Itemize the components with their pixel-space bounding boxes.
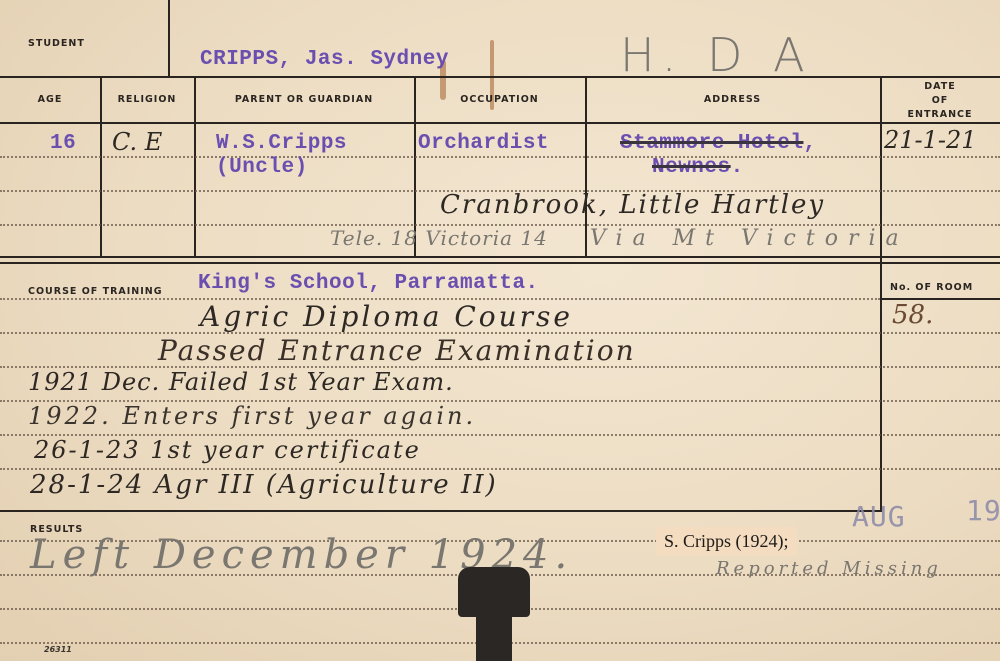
course-line: Passed Entrance Examination [158,334,636,367]
room-label: No. OF ROOM [890,282,973,293]
age-label: AGE [0,94,100,105]
address-line-1: Stammore Hotel, [620,132,817,155]
course-line: 1921 Dec. Failed 1st Year Exam. [28,368,454,396]
label-line: OF [880,94,1000,108]
address-suffix: , [803,132,816,155]
student-record-card: STUDENT CRIPPS, Jas. Sydney H. D A AGE R… [0,0,1000,661]
rule [0,510,880,512]
rule [168,0,170,76]
course-line: Agric Diploma Course [200,300,573,333]
rule [0,262,1000,264]
header-mark: H. D A [620,28,813,82]
address-suffix: . [731,156,744,179]
rule [0,122,1000,124]
card-punch-hole [476,610,512,661]
date-of-entrance-value: 21-1-21 [884,126,977,154]
date-of-entrance-label: DATE OF ENTRANCE [880,80,1000,122]
date-stamp-year: 19 [966,494,1000,527]
label-line: DATE [880,80,1000,94]
course-line: 1922. Enters first year again. [28,402,476,430]
dotted-rule [0,156,1000,158]
address-handwritten: Cranbrook, Little Hartley [440,190,825,220]
course-line: 26-1-23 1st year certificate [34,436,421,464]
course-label: COURSE OF TRAINING [28,286,163,297]
parent-value: W.S.Cripps [216,132,347,155]
struck-address: Newnes [652,156,731,179]
age-value: 16 [50,132,76,155]
label-line: ENTRANCE [880,108,1000,122]
struck-address: Stammore Hotel [620,132,803,155]
results-note: Reported Missing [716,558,942,579]
newspaper-clipping: S. Cripps (1924); [656,527,797,556]
rule [0,76,1000,78]
occupation-value: Orchardist [418,132,549,155]
parent-label: PARENT OR GUARDIAN [194,94,414,105]
course-school: King's School, Parramatta. [198,272,539,295]
address-line-2: Newnes. [652,156,744,179]
occupation-label: OCCUPATION [414,94,585,105]
rule [880,262,882,512]
rule [0,256,1000,258]
student-label: STUDENT [28,38,85,49]
room-number: 58. [892,300,933,330]
date-stamp: AUG [852,500,906,533]
student-name: CRIPPS, Jas. Sydney [200,48,449,71]
parent-relation: (Uncle) [216,156,308,179]
telephone-note: Tele. 18 Victoria 14 [330,226,548,250]
religion-label: RELIGION [100,94,194,105]
form-number: 26311 [44,645,72,654]
religion-value: C. E [112,128,162,156]
address-label: ADDRESS [585,94,880,105]
address-note: Via Mt Victoria [590,226,909,251]
course-line: 28-1-24 Agr III (Agriculture II) [30,470,498,500]
